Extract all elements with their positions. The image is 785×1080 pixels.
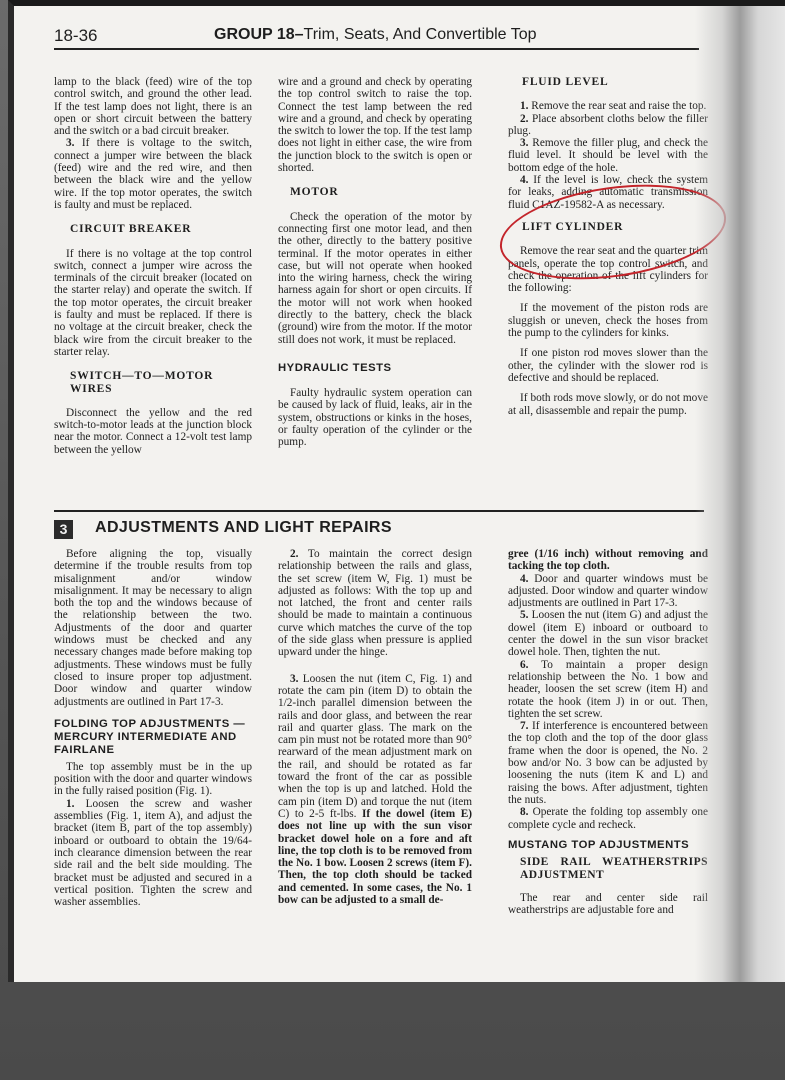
- section-title: ADJUSTMENTS AND LIGHT REPAIRS: [95, 519, 435, 537]
- paragraph: Check the operation of the motor by conn…: [278, 211, 472, 346]
- paragraph: The top assembly must be in the up posit…: [54, 761, 252, 798]
- lower-column-2: 2. To maintain the correct design relati…: [278, 548, 472, 906]
- step-3: 3. If there is voltage to the switch, co…: [54, 137, 252, 211]
- upper-column-1: lamp to the black (feed) wire of the top…: [54, 76, 252, 456]
- paragraph: If there is no voltage at the top contro…: [54, 248, 252, 359]
- step-1: 1. Remove the rear seat and raise the to…: [508, 100, 708, 112]
- section-divider: [54, 510, 704, 512]
- continued-text: gree (1/16 inch) without removing and ta…: [508, 548, 708, 573]
- paragraph: If the movement of the piston rods are s…: [508, 302, 708, 339]
- step-6: 6. To maintain a proper design relations…: [508, 659, 708, 720]
- step-3: 3. Loosen the nut (item C, Fig. 1) and r…: [278, 673, 472, 907]
- paragraph: wire and a ground and check by operating…: [278, 76, 472, 174]
- paragraph: lamp to the black (feed) wire of the top…: [54, 76, 252, 137]
- paragraph: Before aligning the top, visually determ…: [54, 548, 252, 708]
- heading-switch-to-motor-wires: SWITCH—TO—MOTOR WIRES: [54, 370, 252, 395]
- lower-column-3: gree (1/16 inch) without removing and ta…: [508, 548, 708, 916]
- paragraph: The rear and center side rail weatherstr…: [508, 892, 708, 917]
- manual-page: 18-36 GROUP 18–Trim, Seats, And Converti…: [8, 0, 785, 982]
- book-gutter-shadow: [695, 6, 785, 982]
- step-2: 2. Place absorbent cloths below the fill…: [508, 113, 708, 138]
- lower-column-1: Before aligning the top, visually determ…: [54, 548, 252, 908]
- heading-hydraulic-tests: HYDRAULIC TESTS: [278, 362, 472, 375]
- paragraph: Remove the rear seat and the quarter tri…: [508, 245, 708, 294]
- section-number-badge: 3: [54, 520, 73, 539]
- heading-motor: MOTOR: [278, 186, 472, 198]
- step-2: 2. To maintain the correct design relati…: [278, 548, 472, 659]
- step-5: 5. Loosen the nut (item G) and adjust th…: [508, 609, 708, 658]
- step-4: 4. Door and quarter windows must be adju…: [508, 573, 708, 610]
- heading-mustang-top-adjustments: MUSTANG TOP ADJUSTMENTS: [508, 839, 708, 852]
- group-title: GROUP 18–Trim, Seats, And Convertible To…: [214, 26, 537, 44]
- step-4: 4. If the level is low, check the system…: [508, 174, 708, 211]
- heading-side-rail-weatherstrips: SIDE RAIL WEATHERSTRIPS ADJUSTMENT: [508, 856, 708, 882]
- heading-fluid-level: FLUID LEVEL: [508, 76, 708, 88]
- heading-lift-cylinder: LIFT CYLINDER: [508, 221, 708, 233]
- paragraph: Disconnect the yellow and the red switch…: [54, 407, 252, 456]
- step-1: 1. Loosen the screw and washer assemblie…: [54, 798, 252, 909]
- paragraph: Faulty hydraulic system operation can be…: [278, 387, 472, 448]
- paragraph: If one piston rod moves slower than the …: [508, 347, 708, 384]
- step-8: 8. Operate the folding top assembly one …: [508, 806, 708, 831]
- step-7: 7. If interference is encountered betwee…: [508, 720, 708, 806]
- page-number: 18-36: [54, 26, 97, 46]
- paragraph: If both rods move slowly, or do not move…: [508, 392, 708, 417]
- upper-column-3: FLUID LEVEL 1. Remove the rear seat and …: [508, 76, 708, 417]
- heading-circuit-breaker: CIRCUIT BREAKER: [54, 223, 252, 235]
- running-header: 18-36 GROUP 18–Trim, Seats, And Converti…: [54, 22, 699, 50]
- upper-column-2: wire and a ground and check by operating…: [278, 76, 472, 448]
- step-3: 3. Remove the filler plug, and check the…: [508, 137, 708, 174]
- heading-folding-top-adjustments: FOLDING TOP ADJUSTMENTS —MERCURY INTERME…: [54, 718, 252, 757]
